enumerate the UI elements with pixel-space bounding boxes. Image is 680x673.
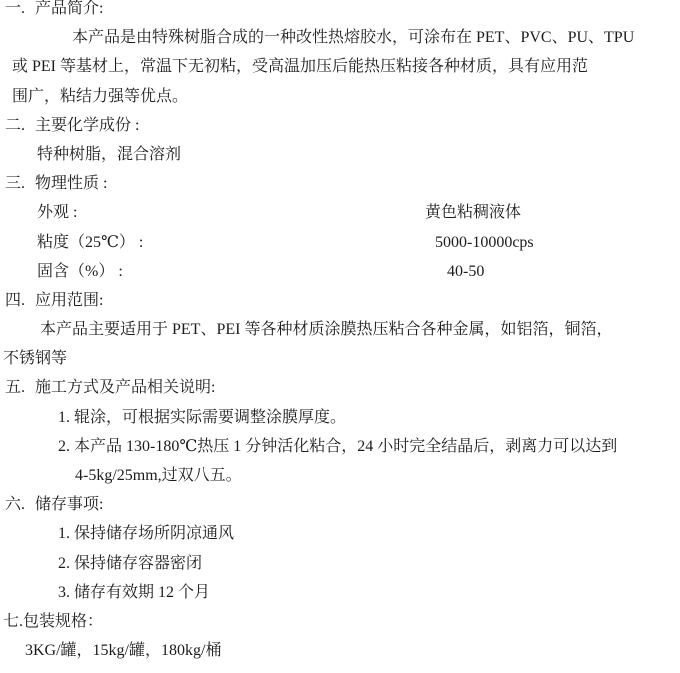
list-item: 1. 保持储存场所阴凉通风 [0,519,680,548]
section-number: 六. [5,496,25,513]
paragraph-line: 特种树脂，混合溶剂 [0,140,680,169]
property-row-solids: 固含（%） :40-50 [0,257,680,286]
section-heading-7: 七.包装规格： [0,607,680,636]
property-row-appearance: 外观 :黄色粘稠液体 [0,198,680,227]
paragraph-line: 本产品主要适用于 PET、PEI 等各种材质涂膜热压粘合各种金属，如铝箔，铜箔， [0,315,680,344]
section-title: 包装规格： [23,613,103,630]
paragraph-line: 本产品是由特殊树脂合成的一种改性热熔胶水，可涂布在 PET、PVC、PU、TPU [0,23,680,52]
list-item: 2. 本产品 130-180℃热压 1 分钟活化粘合，24 小时完全结晶后，剥离… [0,432,680,461]
section-heading-5: 五.施工方式及产品相关说明: [0,373,680,402]
section-title: 物理性质 : [35,175,107,192]
paragraph-line: 或 PEI 等基材上，常温下无初粘，受高温加压后能热压粘接各种材质，具有应用范 [0,52,680,81]
property-value: 黄色粘稠液体 [425,198,521,227]
property-label: 粘度（25℃） : [37,234,143,251]
section-number: 五. [5,379,25,396]
section-title: 施工方式及产品相关说明: [35,379,215,396]
property-label: 固含（%） : [37,263,123,280]
document-page: 一.产品简介: 本产品是由特殊树脂合成的一种改性热熔胶水，可涂布在 PET、PV… [0,0,680,665]
paragraph-line: 围广，粘结力强等优点。 [0,82,680,111]
section-number: 二. [5,117,25,134]
property-value: 40-50 [447,257,484,286]
section-heading-3: 三.物理性质 : [0,169,680,198]
section-number: 三. [5,175,25,192]
list-item: 1. 辊涂，可根据实际需要调整涂膜厚度。 [0,403,680,432]
section-heading-2: 二.主要化学成份 : [0,111,680,140]
paragraph-line: 不锈钢等 [0,344,680,373]
section-title: 主要化学成份 : [35,117,139,134]
list-item: 3. 储存有效期 12 个月 [0,578,680,607]
section-title: 储存事项: [35,496,103,513]
list-item-continuation: 4-5kg/25mm,过双八五。 [0,461,680,490]
list-item: 2. 保持储存容器密闭 [0,549,680,578]
section-heading-1: 一.产品简介: [0,0,680,23]
section-heading-4: 四.应用范围: [0,286,680,315]
section-title: 应用范围: [35,292,103,309]
section-number: 四. [5,292,25,309]
section-number: 七. [3,613,23,630]
section-number: 一. [5,0,25,17]
section-heading-6: 六.储存事项: [0,490,680,519]
paragraph-line: 3KG/罐，15kg/罐，180kg/桶 [0,636,680,665]
property-row-viscosity: 粘度（25℃） :5000-10000cps [0,228,680,257]
section-title: 产品简介: [35,0,103,17]
property-value: 5000-10000cps [435,228,534,257]
property-label: 外观 : [37,204,77,221]
